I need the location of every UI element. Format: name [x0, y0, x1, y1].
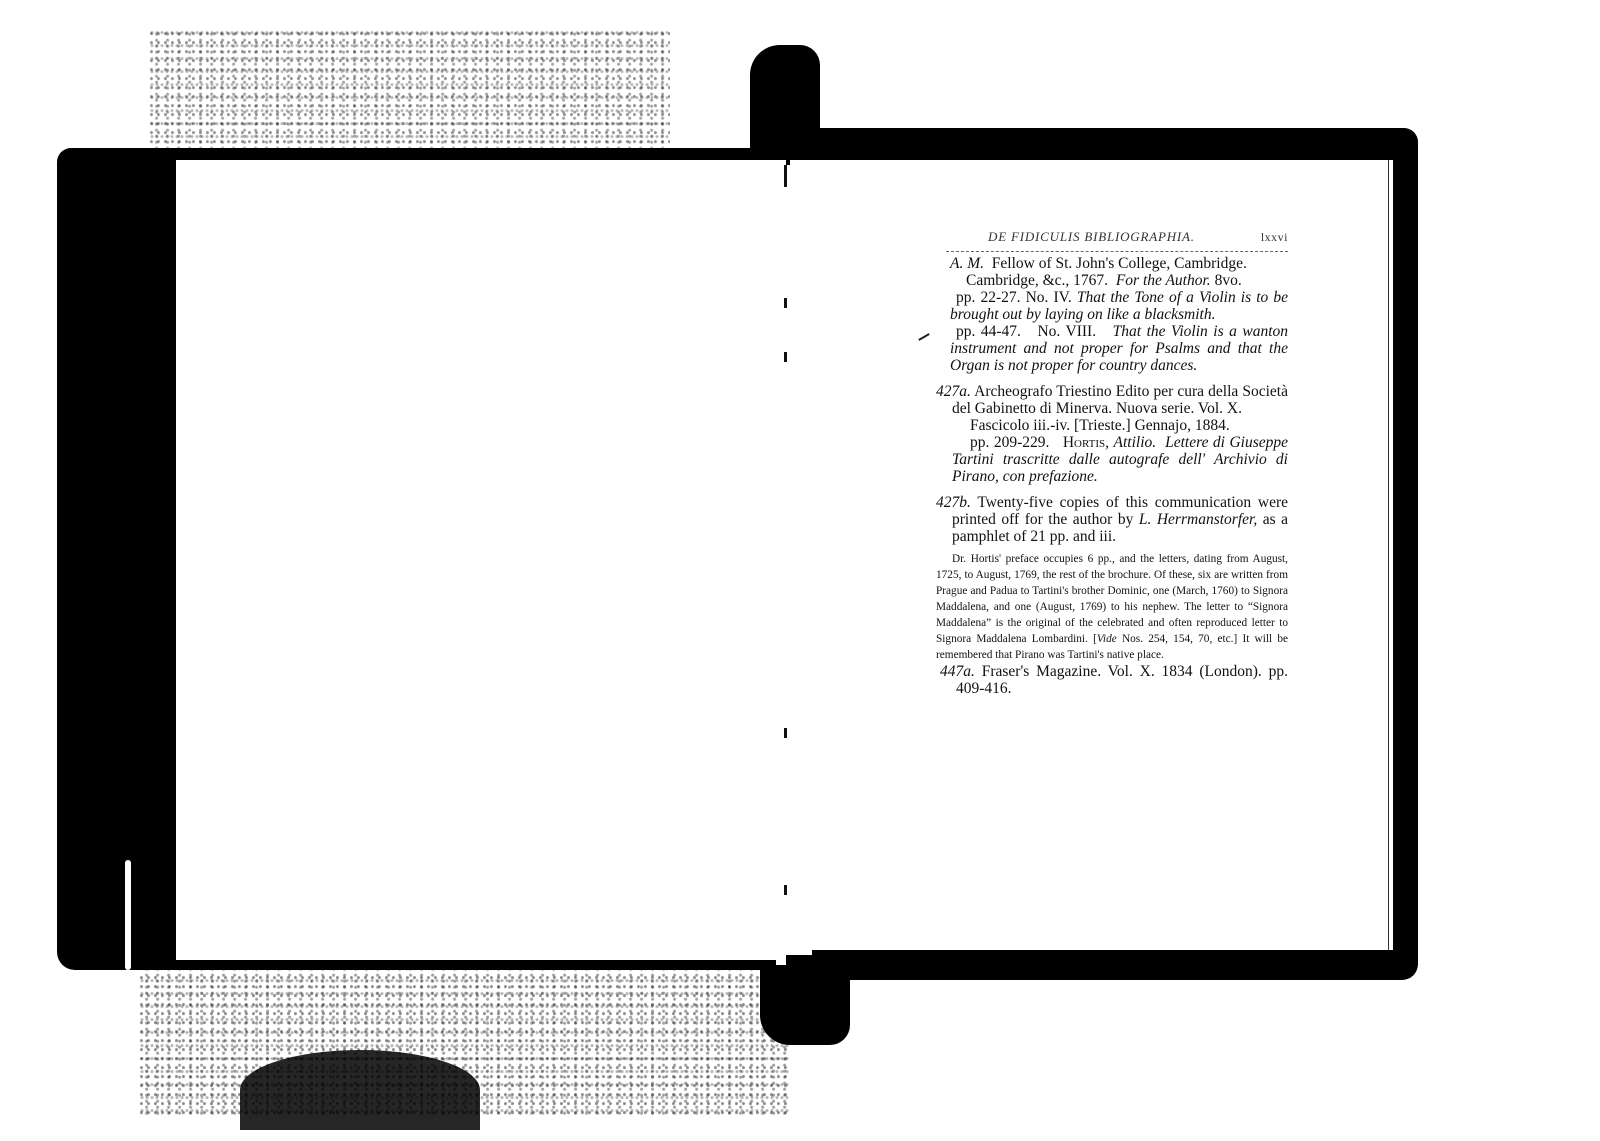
entry-number: 427b.: [936, 494, 971, 511]
entry-427a: 427a. Archeografo Triestino Edito per cu…: [936, 383, 1288, 485]
gutter-mark: [784, 298, 787, 308]
entry-item: pp. 209-229. Hortis, Attilio. Lettere di…: [936, 434, 1288, 485]
entry-imprint: Cambridge, &c., 1767. For the Author. 8v…: [950, 272, 1288, 289]
scan-noise-top: [150, 30, 670, 160]
entry-item: pp. 22-27. No. IV. That the Tone of a Vi…: [950, 289, 1288, 323]
shadow-bottom: [240, 1050, 480, 1130]
spine-top: [750, 45, 820, 165]
gutter-mark: [784, 165, 787, 187]
left-cover: [57, 148, 192, 970]
entry-item: pp. 44-47. No. VIII. That the Violin is …: [950, 323, 1288, 374]
entry-author-line: A. M. Fellow of St. John's College, Camb…: [950, 255, 1288, 272]
entry-number: 447a.: [940, 663, 975, 680]
page-bottom-edge: [176, 960, 776, 970]
page-fore-edge: [1388, 160, 1393, 950]
entry-imprint: Fascicolo iii.-iv. [Trieste.] Gennajo, 1…: [936, 417, 1288, 434]
gutter-mark: [784, 352, 787, 362]
entry-number: 427a.: [936, 383, 971, 400]
entry-447a: 447a. Fraser's Magazine. Vol. X. 1834 (L…: [936, 663, 1288, 697]
entry-title: 427a. Archeografo Triestino Edito per cu…: [936, 383, 1288, 417]
cover-highlight: [125, 860, 131, 970]
entry-427b: 427b. Twenty-five copies of this communi…: [936, 494, 1288, 545]
page-number: lxxvi: [1261, 230, 1288, 245]
head-rule: [946, 251, 1288, 253]
left-page: [176, 160, 786, 965]
entry-note: Dr. Hortis' preface occupies 6 pp., and …: [936, 551, 1288, 663]
running-head: DE FIDICULIS BIBLIOGRAPHIA. lxxvi: [936, 229, 1288, 245]
page-text-block: DE FIDICULIS BIBLIOGRAPHIA. lxxvi A. M. …: [936, 229, 1288, 697]
gutter-mark: [784, 728, 787, 738]
gutter-mark: [784, 885, 787, 895]
entry-continued: A. M. Fellow of St. John's College, Camb…: [936, 255, 1288, 374]
running-head-title: DE FIDICULIS BIBLIOGRAPHIA.: [988, 229, 1195, 245]
entry-text: 427b. Twenty-five copies of this communi…: [936, 494, 1288, 545]
entry-title: 447a. Fraser's Magazine. Vol. X. 1834 (L…: [936, 663, 1288, 697]
